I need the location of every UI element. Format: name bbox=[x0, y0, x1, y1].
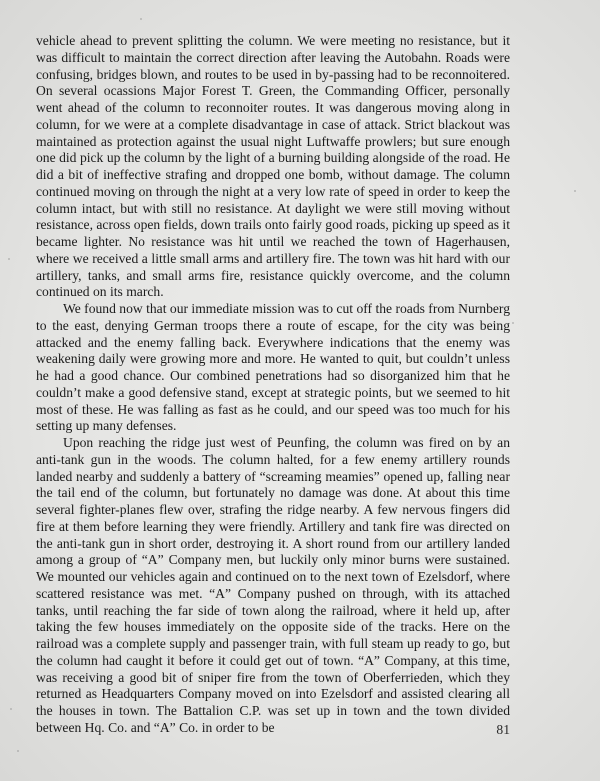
book-page: vehicle ahead to prevent splitting the c… bbox=[0, 0, 600, 781]
paragraph-1: vehicle ahead to prevent splitting the c… bbox=[36, 33, 510, 301]
paper-speck bbox=[8, 258, 10, 260]
body-text: vehicle ahead to prevent splitting the c… bbox=[36, 33, 510, 737]
paper-speck bbox=[574, 190, 576, 192]
paper-speck bbox=[140, 18, 142, 20]
paragraph-2: We found now that our immediate mission … bbox=[36, 301, 510, 435]
paper-speck bbox=[17, 750, 19, 752]
paper-speck bbox=[10, 708, 12, 710]
paragraph-3: Upon reaching the ridge just west of Peu… bbox=[36, 435, 510, 737]
page-number: 81 bbox=[480, 722, 510, 738]
paper-speck bbox=[512, 322, 514, 324]
